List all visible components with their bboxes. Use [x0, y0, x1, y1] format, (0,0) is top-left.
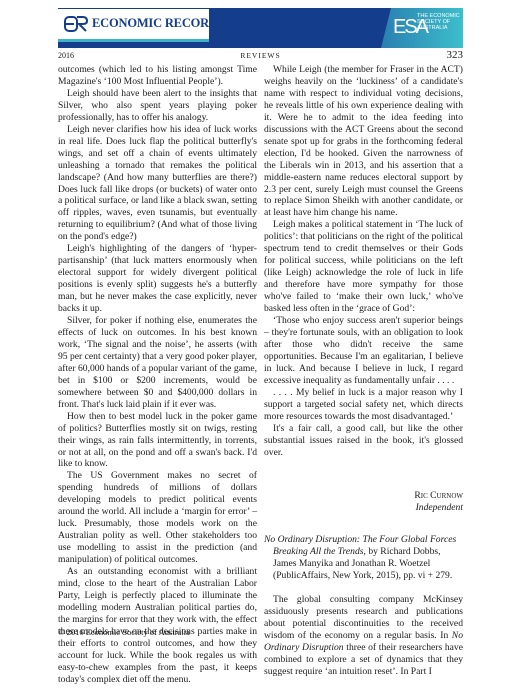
journal-banner: ECONOMIC RECORD ESA THE ECONOMIC SOCIETY… [58, 8, 463, 48]
reviewer-affiliation: Independent [264, 502, 463, 514]
paragraph: Leigh never clarifies how his idea of lu… [58, 124, 257, 244]
paragraph: The global consulting company McKinsey a… [264, 594, 463, 678]
paragraph: As an outstanding economist with a brill… [58, 566, 257, 686]
journal-logo: ECONOMIC RECORD [58, 9, 209, 42]
text-run: The global consulting company McKinsey a… [264, 594, 463, 641]
left-column: outcomes (which led to his listing among… [58, 64, 257, 686]
society-logo: ESA THE ECONOMIC SOCIETY OF AUSTRALIA [381, 8, 463, 48]
society-name: THE ECONOMIC SOCIETY OF AUSTRALIA [417, 13, 460, 31]
running-head-section: REVIEWS [58, 51, 463, 60]
book-reference: No Ordinary Disruption: The Four Global … [264, 534, 463, 582]
block-quote: . . . . My belief in luck is a major rea… [264, 387, 463, 423]
paragraph: It's a fair call, a good call, but like … [264, 423, 463, 459]
paragraph: While Leigh (the member for Fraser in th… [264, 64, 463, 219]
paragraph: Leigh makes a political statement in ‘Th… [264, 219, 463, 315]
er-logo-icon [64, 15, 88, 33]
paragraph: Silver, for poker if nothing else, enume… [58, 315, 257, 411]
page-number: 323 [447, 49, 464, 61]
journal-title: ECONOMIC RECORD [92, 16, 218, 31]
society-name-line: AUSTRALIA [417, 25, 460, 31]
reviewer-name: Ric Curnow [264, 490, 463, 502]
spacer [264, 582, 463, 594]
right-column: While Leigh (the member for Fraser in th… [264, 64, 463, 678]
running-head: 2016 REVIEWS 323 [58, 49, 463, 63]
paragraph: The US Government makes no secret of spe… [58, 470, 257, 566]
paragraph: outcomes (which led to his listing among… [58, 64, 257, 88]
block-quote: ‘Those who enjoy success aren't superior… [264, 315, 463, 387]
paragraph: How then to best model luck in the poker… [58, 411, 257, 471]
paragraph: Leigh's highlighting of the dangers of ‘… [58, 243, 257, 315]
copyright-footer: © 2016 Economic Society of Australia [58, 627, 190, 637]
paragraph: Leigh should have been alert to the insi… [58, 88, 257, 124]
